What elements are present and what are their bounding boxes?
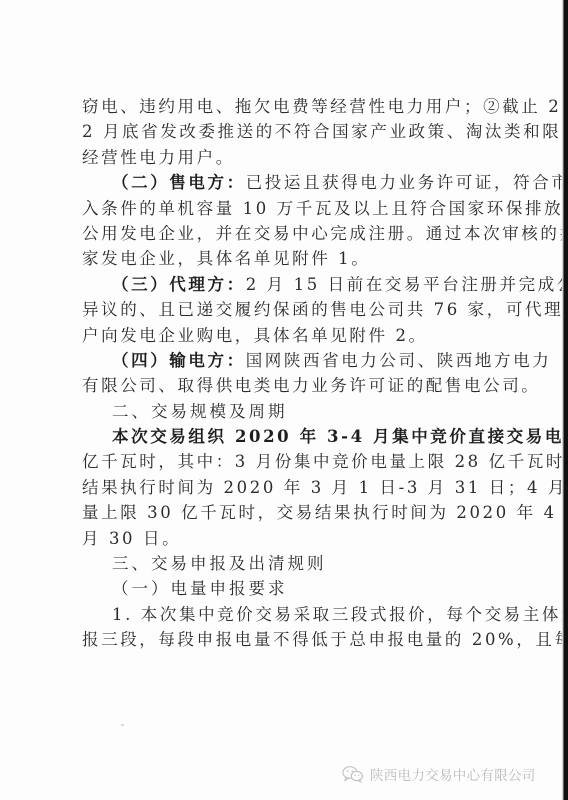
watermark-text: 陕西电力交易中心有限公司 — [370, 764, 536, 784]
paragraph-transmitter: （四）输电方：国网陕西省电力公司、陕西地方电力（集团） 有限公司、取得供电类电力… — [82, 348, 496, 399]
text-line: 2 月 15 日前在交易平台注册并完成公示无 — [246, 275, 568, 294]
wechat-icon — [342, 765, 364, 783]
text-line: 1. 本次集中竞价交易采取三段式报价，每个交易主体最多申 — [82, 602, 496, 627]
text-line: 2 月底省发改委推送的不符合国家产业政策、淘汰类和限制类的 — [82, 119, 496, 144]
subheading-volume-requirements: （一）电量申报要求 — [82, 576, 496, 601]
text-line: 报三段，每段申报电量不得低于总申报电量的 20%，且每段申报 — [82, 627, 496, 652]
paragraph-agent: （三）代理方：2 月 15 日前在交易平台注册并完成公示无 异议的、且已递交履约… — [82, 272, 496, 348]
text-line: 经营性电力用户。 — [82, 145, 496, 170]
document-body: 窃电、违约用电、拖欠电费等经营性电力用户；②截止 2020 年 2 月底省发改委… — [82, 94, 496, 653]
paragraph-seller: （二）售电方：已投运且获得电力业务许可证，符合市场准 入条件的单机容量 10 万… — [82, 170, 496, 272]
paragraph-excluded-users: 窃电、违约用电、拖欠电费等经营性电力用户；②截止 2020 年 2 月底省发改委… — [82, 94, 496, 170]
text-line: 入条件的单机容量 10 万千瓦及以上且符合国家环保排放标准的 — [82, 196, 496, 221]
text-line: 本次交易组织 2020 年 3-4 月集中竞价直接交易电量上限 58 — [82, 424, 496, 449]
text-line: 有限公司、取得供电类电力业务许可证的配售电公司。 — [82, 373, 496, 398]
scan-edge-border — [562, 0, 568, 800]
paragraph-scale: 本次交易组织 2020 年 3-4 月集中竞价直接交易电量上限 58 亿千瓦时，… — [82, 424, 496, 551]
text-line: 亿千瓦时，其中：3 月份集中竞价电量上限 28 亿千瓦时，交易 — [82, 449, 496, 474]
paragraph-three-segment-bidding: 1. 本次集中竞价交易采取三段式报价，每个交易主体最多申 报三段，每段申报电量不… — [82, 602, 496, 653]
text-line: 月 30 日。 — [82, 526, 496, 551]
text-line: 已投运且获得电力业务许可证，符合市场准 — [246, 173, 568, 192]
text-line: 窃电、违约用电、拖欠电费等经营性电力用户；②截止 2020 年 — [82, 94, 496, 119]
text-line: 公用发电企业，并在交易中心完成注册。通过本次审核的共 26 — [82, 221, 496, 246]
text-line: 异议的、且已递交履约保函的售电公司共 76 家，可代理电力用 — [82, 297, 496, 322]
text-line: 户向发电企业购电，具体名单见附件 2。 — [82, 323, 496, 348]
document-page: 窃电、违约用电、拖欠电费等经营性电力用户；②截止 2020 年 2 月底省发改委… — [0, 0, 562, 800]
item-label-transmitter: （四）输电方： — [112, 351, 246, 370]
item-label-agent: （三）代理方： — [112, 275, 246, 294]
scan-speck — [121, 724, 124, 726]
text-line: 国网陕西省电力公司、陕西地方电力（集团） — [246, 351, 568, 370]
section-heading-declaration-rules: 三、交易申报及出清规则 — [82, 551, 496, 576]
item-label-seller: （二）售电方： — [112, 173, 246, 192]
section-heading-scale-period: 二、交易规模及周期 — [82, 399, 496, 424]
text-line: 家发电企业，具体名单见附件 1。 — [82, 246, 496, 271]
text-line: 结果执行时间为 2020 年 3 月 1 日-3 月 31 日；4 月份集中竞价… — [82, 475, 496, 500]
watermark: 陕西电力交易中心有限公司 — [342, 762, 536, 786]
text-line: 量上限 30 亿千瓦时，交易结果执行时间为 2020 年 4 月 1 日-4 — [82, 500, 496, 525]
